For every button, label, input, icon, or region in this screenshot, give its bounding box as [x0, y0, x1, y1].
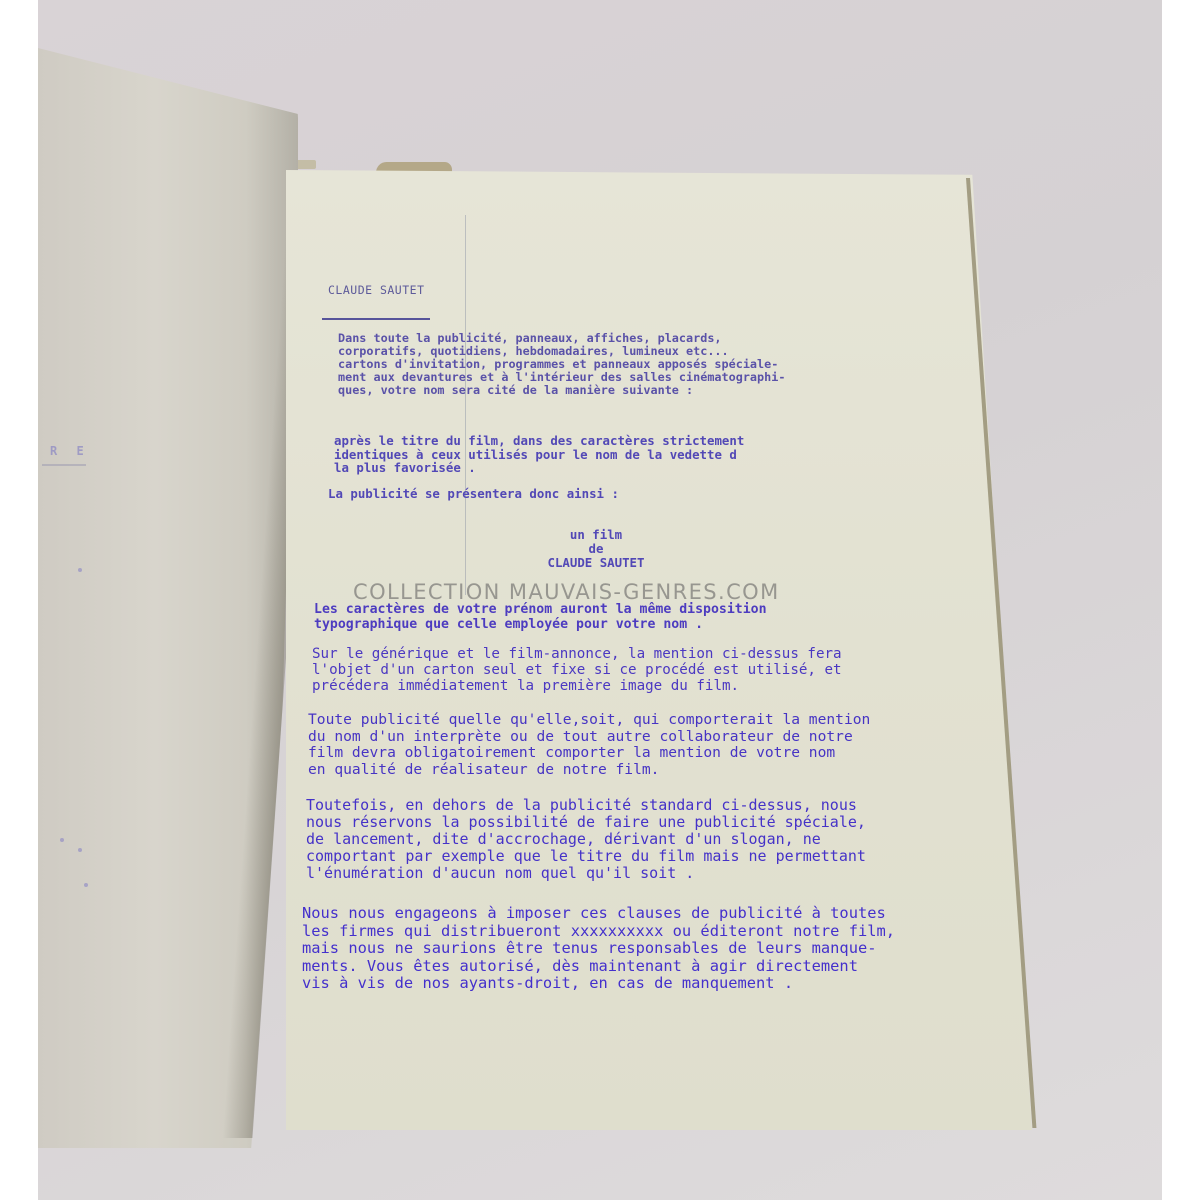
- paragraph: La publicité se présentera donc ainsi :: [328, 487, 619, 502]
- credit-block: un film de CLAUDE SAUTET: [276, 528, 916, 570]
- heading-underline: [322, 318, 430, 320]
- paragraph: après le titre du film, dans des caractè…: [334, 434, 744, 475]
- paragraph: Toute publicité quelle qu'elle,soit, qui…: [308, 712, 870, 778]
- paragraph: Nous nous engageons à imposer ces clause…: [302, 905, 895, 993]
- document-heading: CLAUDE SAUTET: [328, 283, 425, 298]
- paragraph: Dans toute la publicité, panneaux, affic…: [338, 332, 785, 397]
- ink-speck: [78, 568, 82, 572]
- bleed-through-text: R E: [50, 444, 90, 458]
- bleed-through-rule: [42, 464, 86, 466]
- ink-speck: [78, 848, 82, 852]
- ink-speck: [60, 838, 64, 842]
- ink-speck: [84, 883, 88, 887]
- paragraph: Les caractères de votre prénom auront la…: [314, 602, 767, 632]
- paragraph: Sur le générique et le film-annonce, la …: [312, 646, 842, 694]
- paragraph: Toutefois, en dehors de la publicité sta…: [306, 797, 866, 882]
- watermark: COLLECTION MAUVAIS-GENRES.COM: [353, 580, 780, 604]
